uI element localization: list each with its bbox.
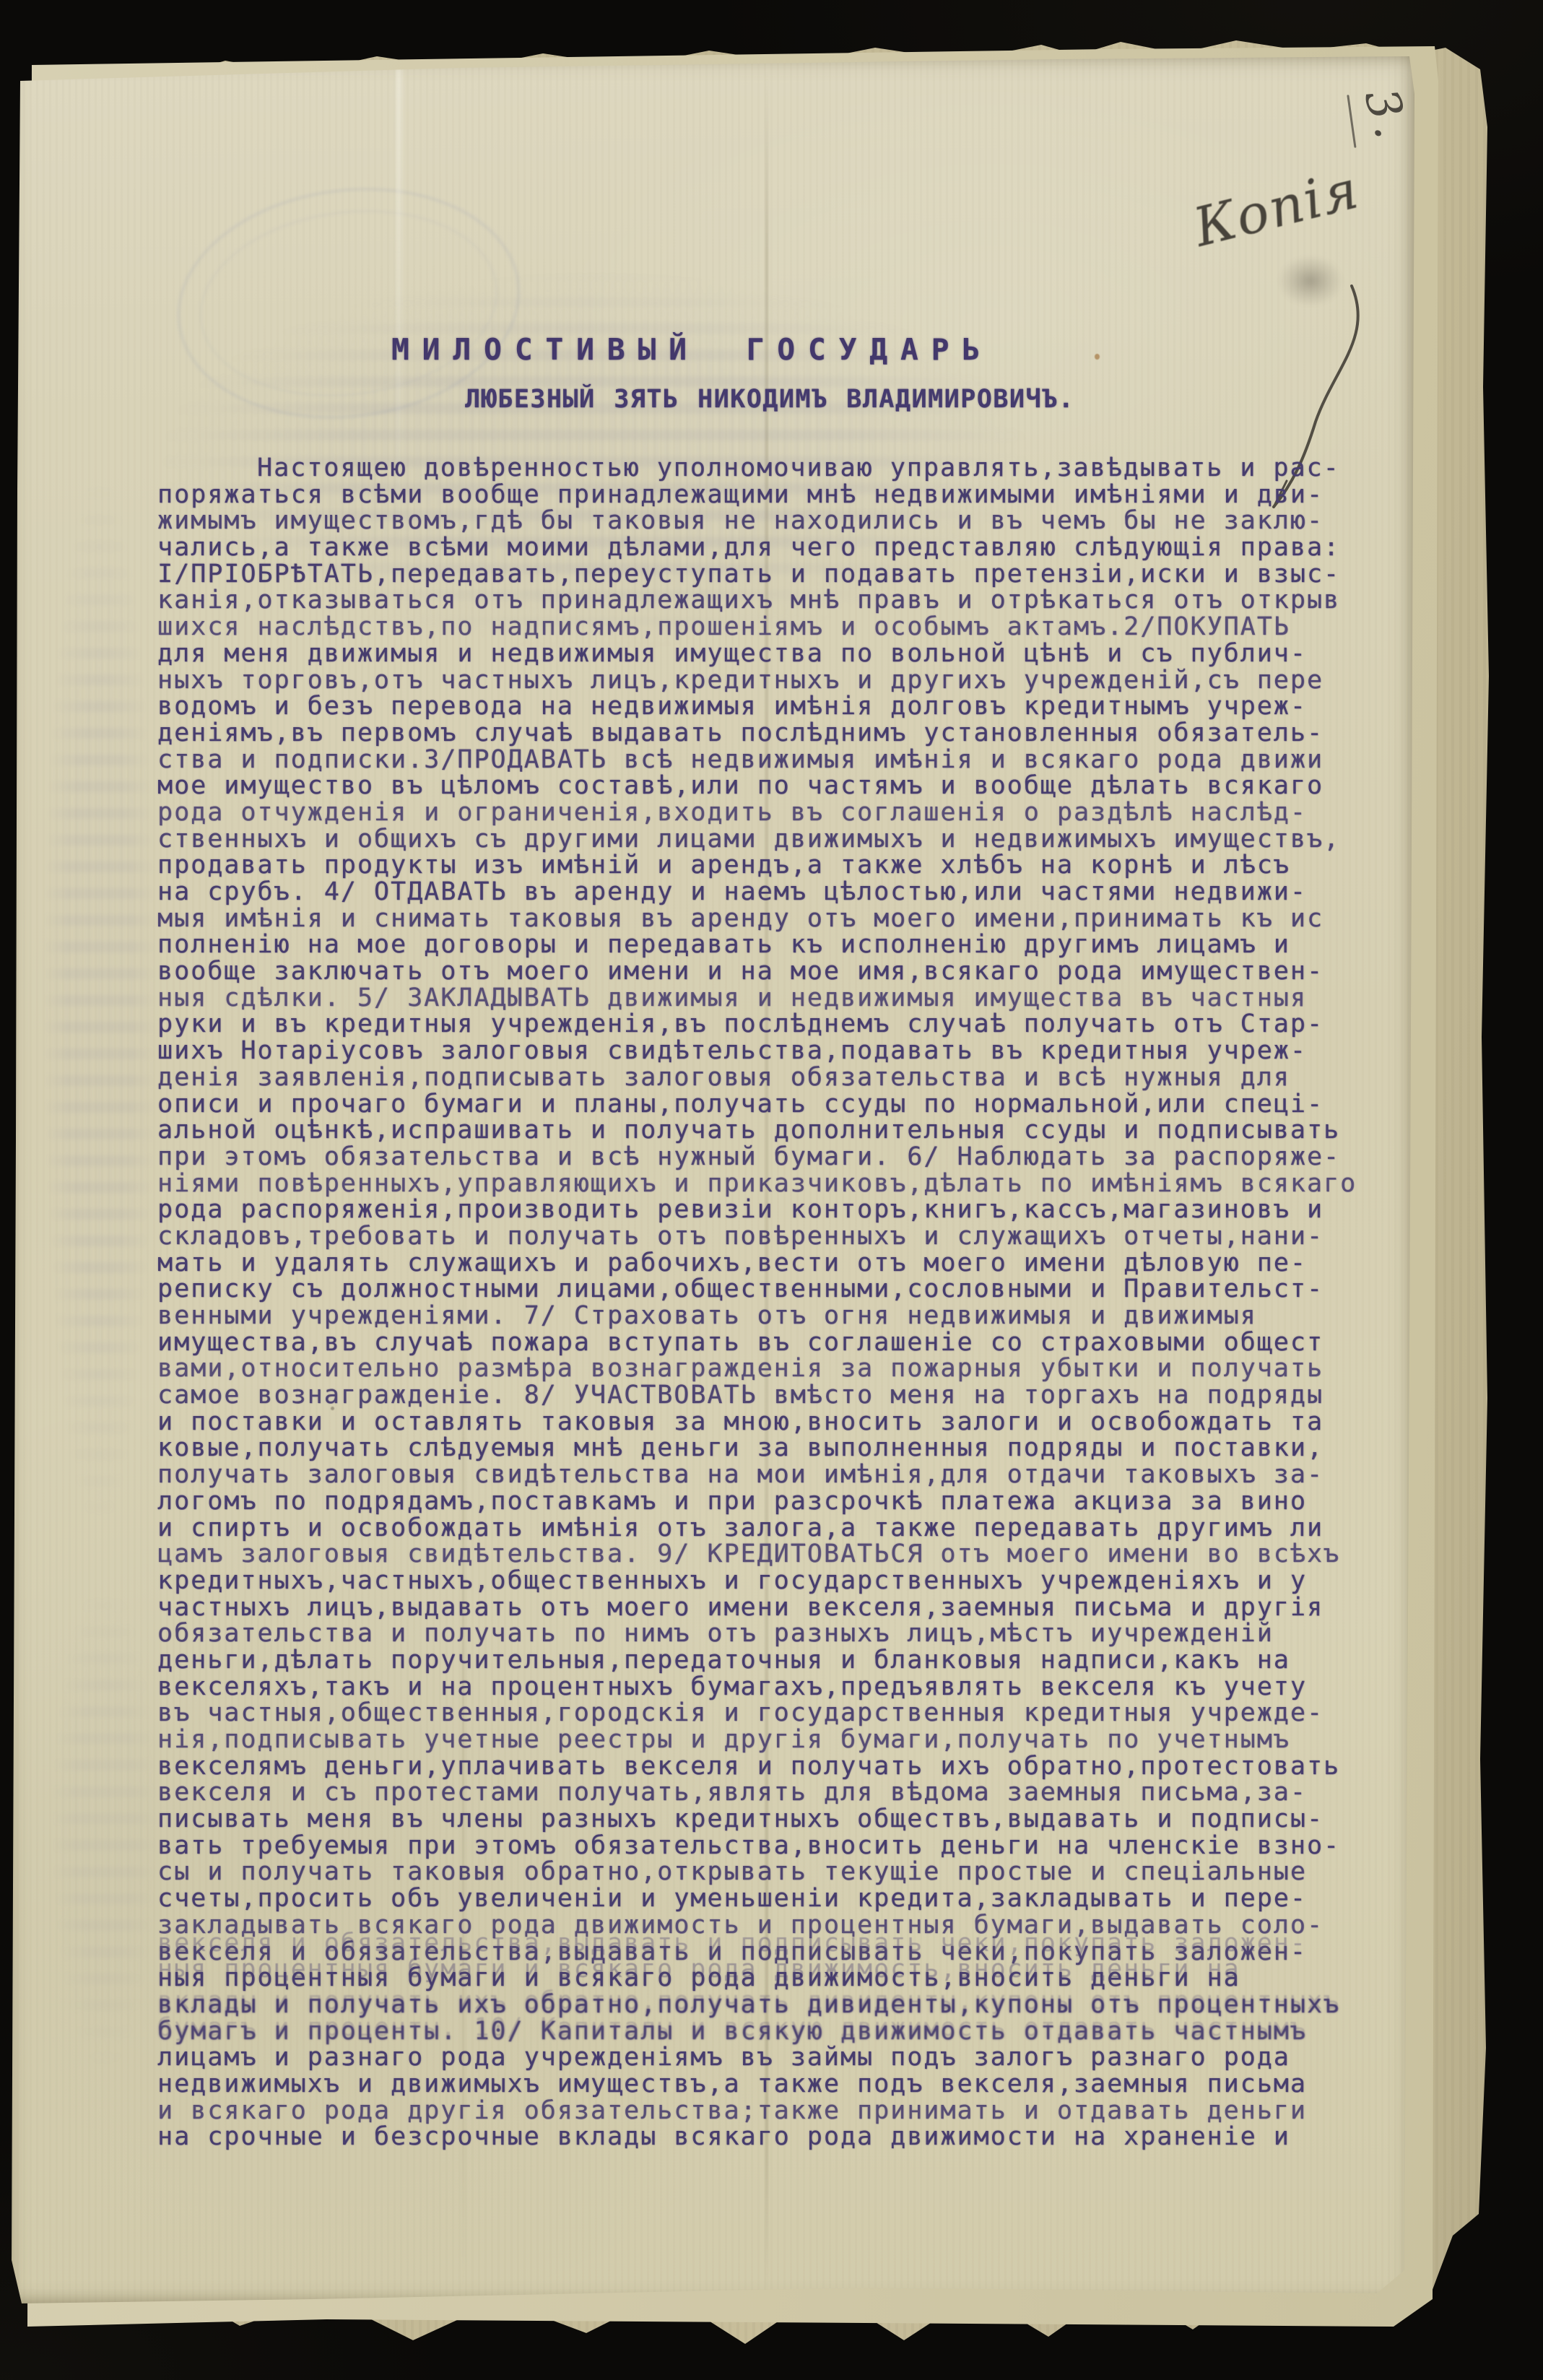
body-line: счеты,просить объ увеличеніи и уменьшені… <box>157 1885 1385 1912</box>
body-line: мое имущество въ цѣломъ составѣ,или по ч… <box>157 773 1385 799</box>
body-line: канія,отказываться отъ принадлежащихъ мн… <box>157 587 1385 614</box>
ink-smudge <box>1278 256 1343 306</box>
body-line: альной оцѣнкѣ,испрашивать и получать доп… <box>157 1117 1385 1144</box>
body-line: писывать меня въ члены разныхъ кредитных… <box>157 1806 1385 1833</box>
ink-bleed-through-left-margin <box>42 461 157 1544</box>
body-line: жимымъ имуществомъ,гдѣ бы таковыя не нах… <box>157 508 1385 534</box>
body-line: продавать продукты изъ имѣній и арендъ,а… <box>157 852 1385 879</box>
body-line: векселяхъ,такъ и на процентныхъ бумагахъ… <box>157 1674 1385 1701</box>
body-line: чались,а также всѣми моими дѣлами,для че… <box>157 534 1385 561</box>
body-line: мать и удалять служащихъ и рабочихъ,вест… <box>157 1250 1385 1277</box>
body-line: векселямъ деньги,уплачивать векселя и по… <box>157 1753 1385 1780</box>
body-line: складовъ,требовать и получать отъ повѣре… <box>157 1223 1385 1250</box>
body-line: логомъ по подрядамъ,поставкамъ и при раз… <box>157 1488 1385 1515</box>
body-line: ныя процентныя бумаги и всякаго рода дви… <box>157 1965 1385 1992</box>
document-page: 3. Копія МИЛОСТИВЫЙ ГОСУДАРЬ ЛЮБЕЗНЫЙ ЗЯ… <box>10 56 1414 2303</box>
body-line: венными учрежденіями. 7/ Страховать отъ … <box>157 1303 1385 1329</box>
body-line: деньги,дѣлать поручительныя,передаточныя… <box>157 1647 1385 1674</box>
body-line: и поставки и оставлять таковыя за мною,в… <box>157 1409 1385 1436</box>
body-line: ства и подписки.3/ПРОДАВАТЬ всѣ недвижим… <box>157 747 1385 773</box>
body-line: сы и получать таковыя обратно,открывать … <box>157 1859 1385 1885</box>
body-line: лицамъ и разнаго рода учрежденіямъ въ за… <box>157 2044 1385 2071</box>
body-line: недвижимыхъ и движимыхъ имуществъ,а такж… <box>157 2071 1385 2098</box>
body-line: поряжаться всѣми вообще принадлежащими м… <box>157 482 1385 508</box>
body-line: получать залоговыя свидѣтельства на мои … <box>157 1462 1385 1488</box>
body-line: шихъ Нотаріусовъ залоговыя свидѣтельства… <box>157 1038 1385 1064</box>
body-line: вклады и получать ихъ обратно,получать д… <box>157 1992 1385 2018</box>
body-line: въ частныя,общественныя,городскія и госу… <box>157 1700 1385 1727</box>
body-line: кредитныхъ,частныхъ,общественныхъ и госу… <box>157 1568 1385 1594</box>
body-line: полненію на мое договоры и передавать къ… <box>157 931 1385 958</box>
body-line: І/ПРІОБРѢТАТЬ,передавать,переуступать и … <box>157 561 1385 588</box>
body-line: при этомъ обязательства и всѣ нужный бум… <box>157 1144 1385 1171</box>
paper-speck <box>1095 354 1100 360</box>
photo-stage: 3. Копія МИЛОСТИВЫЙ ГОСУДАРЬ ЛЮБЕЗНЫЙ ЗЯ… <box>0 0 1543 2380</box>
body-line: руки и въ кредитныя учрежденія,въ послѣд… <box>157 1011 1385 1038</box>
body-line: описи и прочаго бумаги и планы,получать … <box>157 1091 1385 1118</box>
salutation-primary: МИЛОСТИВЫЙ ГОСУДАРЬ <box>391 332 993 367</box>
ink-bleed-through-lower <box>51 1573 159 2078</box>
body-line: имущества,въ случаѣ пожара вступать въ с… <box>157 1329 1385 1356</box>
body-line: на срубъ. 4/ ОТДАВАТЬ въ аренду и наемъ … <box>157 879 1385 905</box>
body-line: ковые,получать слѣдуемыя мнѣ деньги за в… <box>157 1435 1385 1462</box>
body-line: цамъ залоговыя свидѣтельства. 9/ КРЕДИТО… <box>157 1541 1385 1568</box>
document-body: Настоящею довѣренностью уполномочиваю уп… <box>157 455 1385 2150</box>
body-line: векселя и обязательства,выдавать и подпи… <box>157 1939 1385 1966</box>
body-line: рода распоряженія,производить ревизіи ко… <box>157 1196 1385 1223</box>
salutation-secondary: ЛЮБЕЗНЫЙ ЗЯТЬ НИКОДИМЪ ВЛАДИМИРОВИЧЪ. <box>465 385 1074 414</box>
handwritten-copy-note: Копія <box>1188 158 1365 259</box>
body-line: векселя и съ протестами получать,являть … <box>157 1779 1385 1806</box>
body-line: Настоящею довѣренностью уполномочиваю уп… <box>157 455 1385 482</box>
body-line: закладывать всякаго рода движимость и пр… <box>157 1912 1385 1939</box>
body-line: ныя сдѣлки. 5/ ЗАКЛАДЫВАТЬ движимыя и не… <box>157 985 1385 1012</box>
body-line: реписку съ должностными лицами,обществен… <box>157 1276 1385 1303</box>
body-line: бумагъ и проценты. 10/ Капиталы и всякую… <box>157 2018 1385 2045</box>
body-line: и спиртъ и освобождать имѣнія отъ залога… <box>157 1515 1385 1542</box>
body-line: водомъ и безъ перевода на недвижимыя имѣ… <box>157 693 1385 720</box>
body-line: и всякаго рода другія обязательства;такж… <box>157 2098 1385 2124</box>
body-line: самое вознагражденіе. 8/ УЧАСТВОВАТЬ вмѣ… <box>157 1382 1385 1409</box>
body-line: денія заявленія,подписывать залоговыя об… <box>157 1064 1385 1091</box>
body-line: вать требуемыя при этомъ обязательства,в… <box>157 1833 1385 1859</box>
body-line: рода отчужденія и ограниченія,входить въ… <box>157 799 1385 826</box>
body-line: частныхъ лицъ,выдавать отъ моего имени в… <box>157 1594 1385 1621</box>
body-line: для меня движимыя и недвижимыя имущества… <box>157 640 1385 667</box>
body-line: нія,подписывать учетные реестры и другія… <box>157 1727 1385 1753</box>
body-line: вами,относительно размѣра вознагражденія… <box>157 1355 1385 1382</box>
body-line: шихся наслѣдствъ,по надписямъ,прошеніямъ… <box>157 614 1385 640</box>
body-line: мыя имѣнія и снимать таковыя въ аренду о… <box>157 905 1385 932</box>
body-line: на срочные и безсрочные вклады всякаго р… <box>157 2124 1385 2150</box>
body-line: деніямъ,въ первомъ случаѣ выдавать послѣ… <box>157 720 1385 747</box>
body-line: ніями повѣренныхъ,управляющихъ и приказч… <box>157 1171 1385 1197</box>
body-line: ственныхъ и общихъ съ другими лицами дви… <box>157 826 1385 853</box>
body-line: ныхъ торговъ,отъ частныхъ лицъ,кредитных… <box>157 667 1385 694</box>
body-line: обязательства и получать по нимъ отъ раз… <box>157 1620 1385 1647</box>
body-line: вообще заключать отъ моего имени и на мо… <box>157 958 1385 985</box>
